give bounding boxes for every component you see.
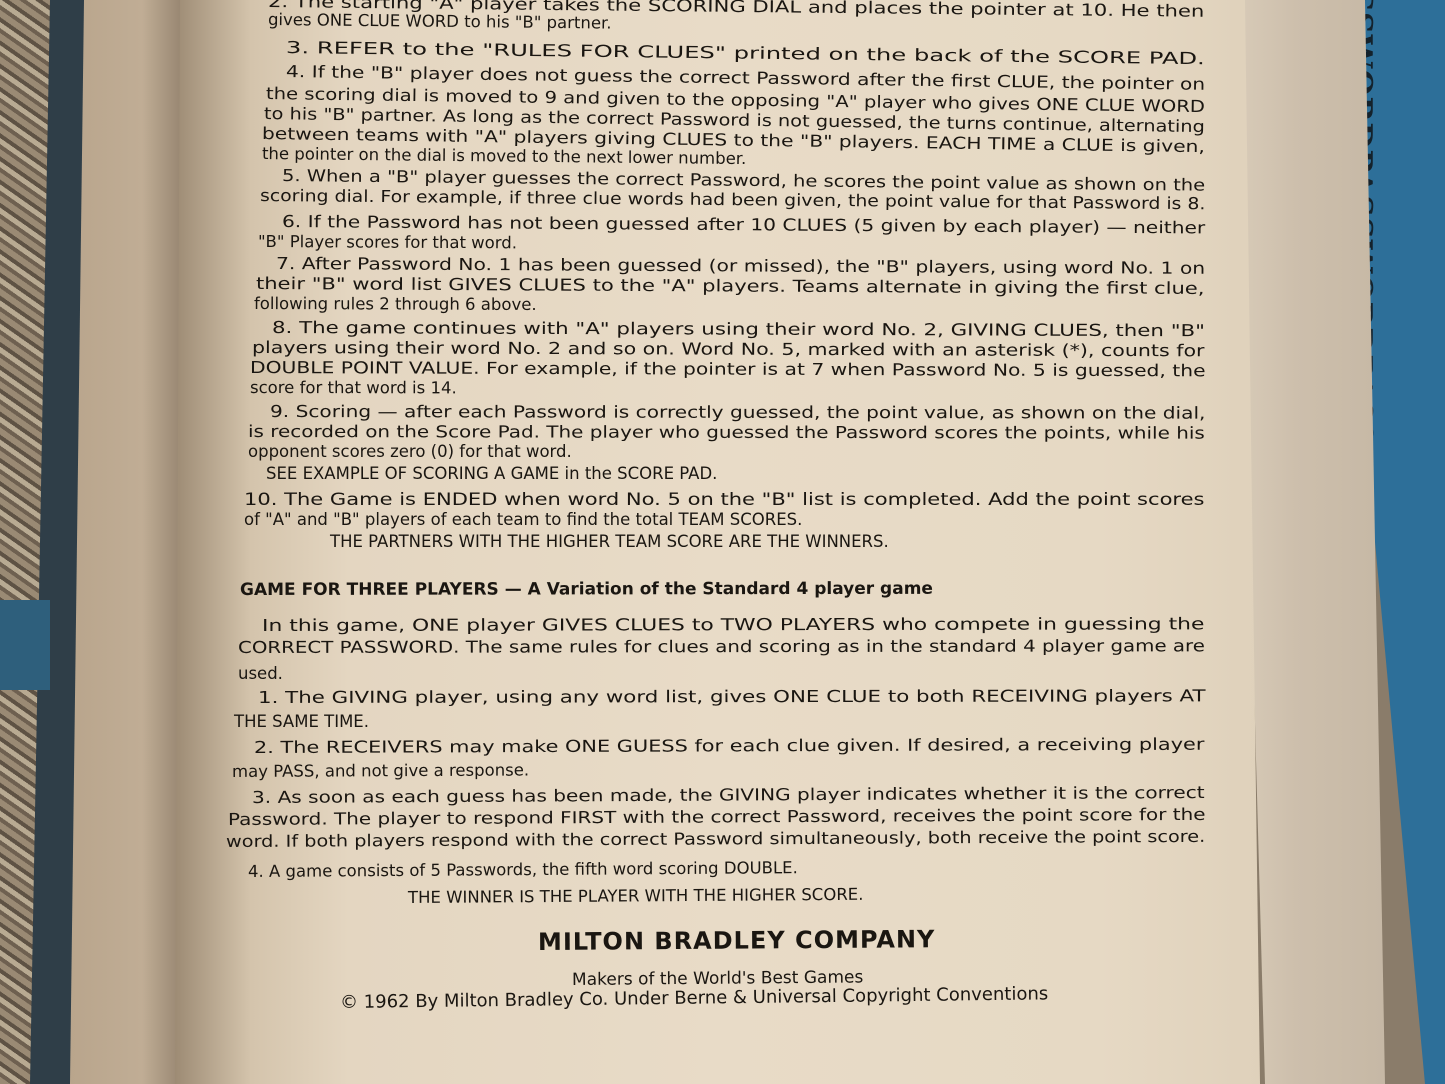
rule-line: opponent scores zero (0) for that word. [248, 442, 572, 461]
rule-line: 4. A game consists of 5 Passwords, the f… [248, 858, 798, 881]
company-name: MILTON BRADLEY COMPANY [538, 925, 936, 956]
rule-line: 1. The GIVING player, using any word lis… [258, 686, 1206, 707]
rule-line: of "A" and "B" players of each team to f… [244, 510, 802, 529]
rule-line: 8. The game continues with "A" players u… [272, 318, 1205, 340]
rule-line: 10. The Game is ENDED when word No. 5 on… [244, 490, 1205, 509]
rule-line: In this game, ONE player GIVES CLUES to … [262, 614, 1205, 635]
rule-line: score for that word is 14. [250, 378, 457, 397]
rule-line: gives ONE CLUE WORD to his "B" partner. [268, 10, 612, 33]
rule-line: players using their word No. 2 and so on… [252, 338, 1205, 360]
rule-line: DOUBLE POINT VALUE. For example, if the … [250, 358, 1206, 380]
rule-line: "B" Player scores for that word. [258, 232, 517, 252]
rule-line: 9. Scoring — after each Password is corr… [270, 402, 1205, 423]
game-box-left-blue-patch [0, 600, 50, 690]
rule-line: used. [238, 664, 283, 683]
rule-line: is recorded on the Score Pad. The player… [248, 422, 1205, 443]
rule-line: 2. The RECEIVERS may make ONE GUESS for … [254, 735, 1204, 757]
rule-line: CORRECT PASSWORD. The same rules for clu… [238, 636, 1205, 657]
rule-line: following rules 2 through 6 above. [254, 294, 537, 314]
rule-line: SEE EXAMPLE OF SCORING A GAME in the SCO… [266, 464, 717, 483]
rule-line: may PASS, and not give a response. [232, 760, 529, 781]
section-heading: GAME FOR THREE PLAYERS — A Variation of … [240, 579, 933, 600]
box-inner-wall-left [70, 0, 190, 1084]
rule-line: THE WINNER IS THE PLAYER WITH THE HIGHER… [408, 885, 864, 907]
rule-line: THE SAME TIME. [234, 712, 369, 731]
rule-line: THE PARTNERS WITH THE HIGHER TEAM SCORE … [330, 532, 889, 551]
